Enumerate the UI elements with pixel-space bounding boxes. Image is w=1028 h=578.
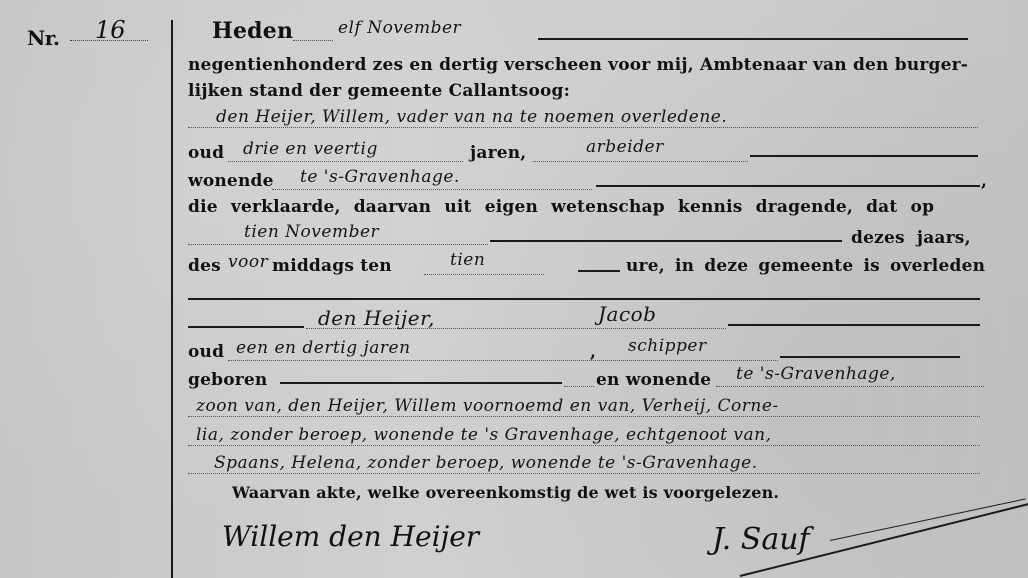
comma: ,	[590, 342, 596, 362]
line-3: lijken stand der gemeente Callantsoog:	[188, 81, 988, 105]
dots	[424, 274, 544, 275]
death-date-handwritten: tien November	[244, 222, 379, 242]
fill-line	[596, 185, 980, 187]
period-handwritten: voor	[228, 252, 268, 272]
dots	[293, 40, 333, 41]
printed-text: oud	[188, 143, 224, 163]
fill-line	[728, 324, 980, 326]
residence-handwritten: te 's-Gravenhage.	[300, 167, 460, 187]
line-13-birth: geboren en wonende te 's-Gravenhage,	[188, 370, 988, 394]
printed-text: des	[188, 256, 221, 276]
line-5-age: oud drie en veertig jaren, arbeider	[188, 143, 988, 167]
dots	[228, 161, 463, 162]
fill-line	[538, 38, 968, 40]
line-6-residence: wonende te 's-Gravenhage. ,	[188, 171, 988, 195]
declarant-handwritten: den Heijer, Willem, vader van na te noem…	[216, 107, 727, 127]
fill-line	[188, 326, 304, 328]
line-4-declarant: den Heijer, Willem, vader van na te noem…	[188, 107, 988, 131]
heden-label: Heden	[212, 18, 293, 44]
declarant-signature: Willem den Heijer	[222, 520, 479, 553]
line-9-time: des voor middags ten tien ure, in deze g…	[188, 256, 988, 280]
fill-line	[780, 356, 960, 358]
mother-spouse-handwritten: lia, zonder beroep, wonende te 's Graven…	[196, 425, 772, 445]
printed-text: geboren	[188, 370, 267, 390]
fill-line	[490, 240, 842, 242]
dots	[716, 386, 984, 387]
fill-line	[188, 298, 980, 300]
dots	[188, 244, 488, 245]
spouse-handwritten: Spaans, Helena, zonder beroep, wonende t…	[214, 453, 758, 473]
printed-text: jaren,	[470, 143, 526, 163]
printed-text: negentienhonderd zes en dertig verscheen…	[188, 55, 968, 75]
deceased-occupation-handwritten: schipper	[628, 336, 707, 356]
line-heden: Heden elf November	[188, 18, 988, 42]
dots	[188, 473, 980, 474]
line-11-deceased: den Heijer, Jacob	[188, 310, 988, 334]
printed-text: die verklaarde, daarvan uit eigen wetens…	[188, 197, 934, 217]
record-number-label: Nr.	[27, 26, 59, 50]
dots	[533, 161, 748, 162]
record-number-value: 16	[95, 16, 126, 44]
printed-text: middags ten	[272, 256, 392, 276]
margin-divider	[171, 20, 173, 578]
printed-text: dezes jaars,	[851, 228, 971, 248]
printed-text: en wonende	[596, 370, 711, 390]
line-2: negentienhonderd zes en dertig verscheen…	[188, 55, 988, 79]
dots	[188, 445, 980, 446]
parents-handwritten: zoon van, den Heijer, Willem voornoemd e…	[196, 396, 779, 416]
printed-text: ure, in deze gemeente is overleden	[626, 256, 985, 276]
deceased-residence-handwritten: te 's-Gravenhage,	[736, 364, 896, 384]
deceased-surname-handwritten: den Heijer,	[318, 306, 435, 330]
comma: ,	[981, 171, 987, 191]
hour-handwritten: tien	[450, 250, 485, 270]
dots	[188, 416, 980, 417]
official-signature: J. Sauf	[712, 522, 810, 557]
dots	[228, 360, 778, 361]
dots	[272, 189, 592, 190]
dots	[188, 127, 978, 128]
occupation-handwritten: arbeider	[586, 137, 664, 157]
fill-line	[280, 382, 562, 384]
line-17-closing: Waarvan akte, welke overeenkomstig de we…	[188, 483, 988, 507]
deceased-age-handwritten: een en dertig jaren	[236, 338, 411, 358]
date-handwritten: elf November	[338, 18, 461, 38]
age-handwritten: drie en veertig	[243, 139, 378, 159]
printed-text: lijken stand der gemeente Callantsoog:	[188, 81, 570, 101]
line-14-parents: zoon van, den Heijer, Willem voornoemd e…	[188, 396, 988, 420]
printed-text: Waarvan akte, welke overeenkomstig de we…	[232, 483, 779, 502]
printed-text: oud	[188, 342, 224, 362]
line-8-death-date: tien November dezes jaars,	[188, 228, 988, 252]
deceased-firstname-handwritten: Jacob	[598, 302, 657, 326]
line-7: die verklaarde, daarvan uit eigen wetens…	[188, 197, 988, 221]
fill-line	[750, 155, 978, 157]
death-certificate-page: Nr. 16 Heden elf November negentienhonde…	[0, 0, 1028, 578]
line-16-spouse: Spaans, Helena, zonder beroep, wonende t…	[188, 453, 988, 477]
fill-line	[578, 270, 620, 272]
printed-text: wonende	[188, 171, 274, 191]
line-15-parents-cont: lia, zonder beroep, wonende te 's Graven…	[188, 425, 988, 449]
dots	[564, 386, 594, 387]
line-12-age-occupation: oud een en dertig jaren , schipper	[188, 342, 988, 366]
